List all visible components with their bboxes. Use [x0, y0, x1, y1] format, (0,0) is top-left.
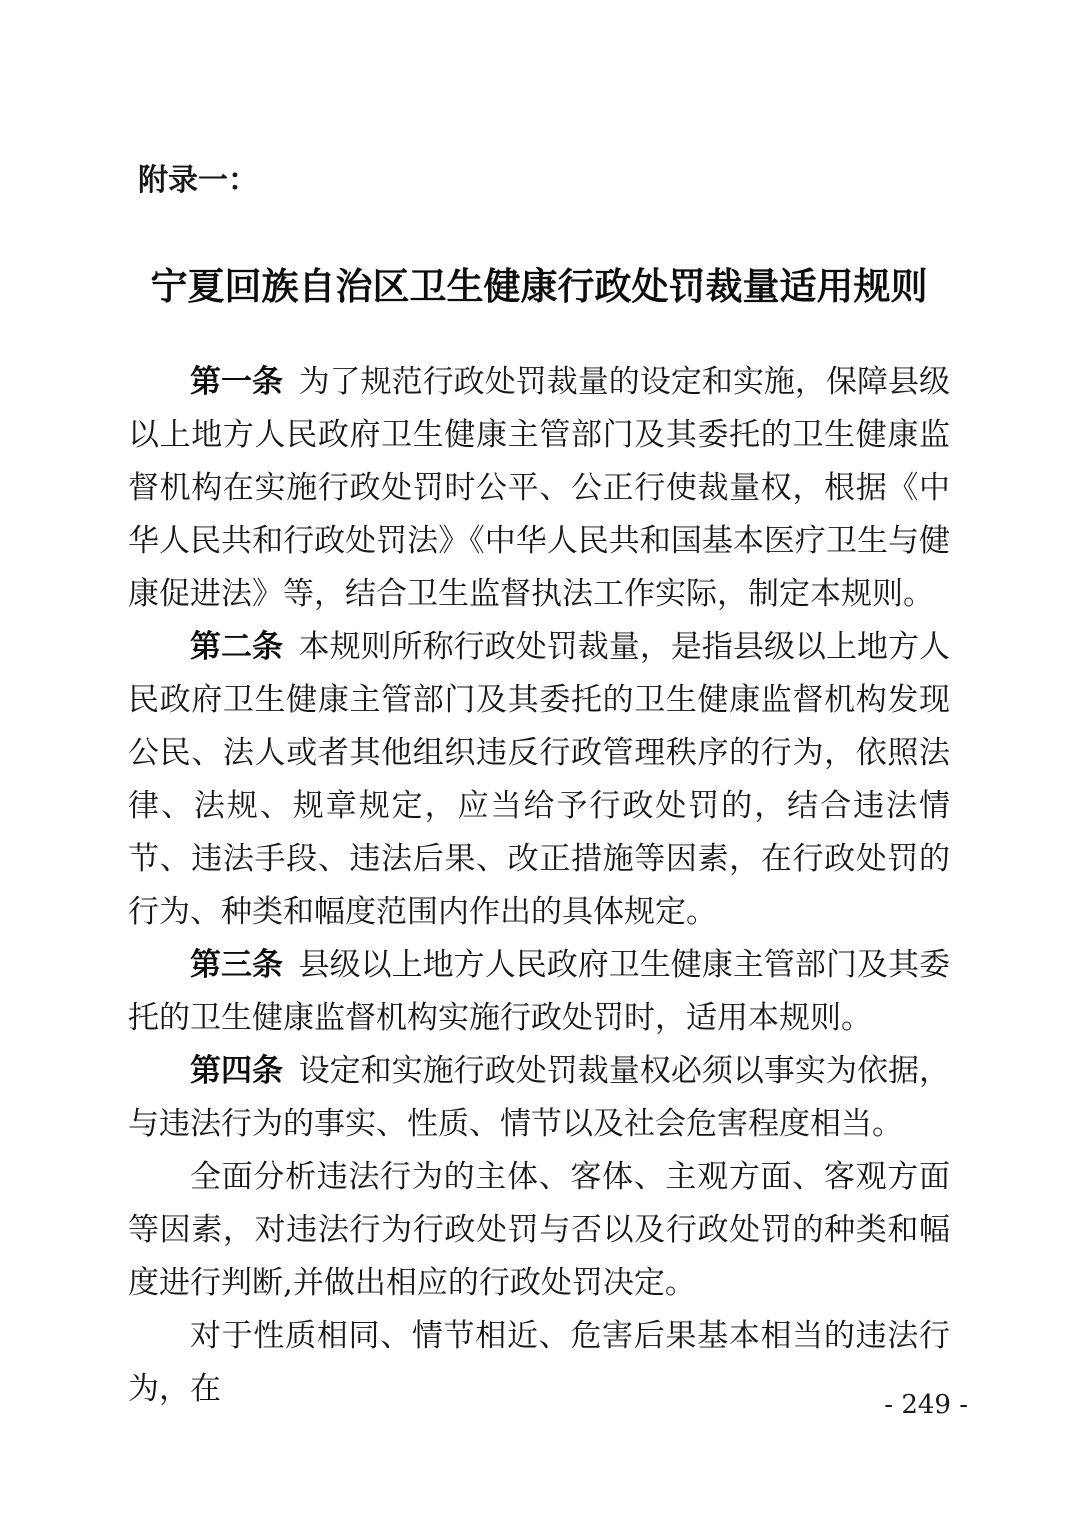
page-number: - 249 -: [884, 1390, 968, 1420]
appendix-label: 附录一：: [138, 162, 950, 200]
article-paragraph-3: 第三条县级以上地方人民政府卫生健康主管部门及其委托的卫生健康监督机构实施行政处罚…: [128, 939, 950, 1045]
page-title: 宁夏回族自治区卫生健康行政处罚裁量适用规则: [128, 262, 950, 310]
article-number: 第一条: [190, 364, 283, 400]
article-text: 本规则所称行政处罚裁量，是指县级以上地方人民政府卫生健康主管部门及其委托的卫生健…: [128, 629, 950, 930]
document-page: 附录一： 宁夏回族自治区卫生健康行政处罚裁量适用规则 第一条为了规范行政处罚裁量…: [0, 0, 1074, 1520]
continuation-paragraph-1: 全面分析违法行为的主体、客体、主观方面、客观方面等因素，对违法行为行政处罚与否以…: [128, 1151, 950, 1310]
article-text: 对于性质相同、情节相近、危害后果基本相当的违法行为，在: [128, 1318, 950, 1407]
article-number: 第二条: [190, 629, 283, 665]
article-number: 第三条: [190, 947, 283, 983]
article-text: 为了规范行政处罚裁量的设定和实施，保障县级以上地方人民政府卫生健康主管部门及其委…: [128, 364, 950, 612]
article-text: 全面分析违法行为的主体、客体、主观方面、客观方面等因素，对违法行为行政处罚与否以…: [128, 1159, 950, 1301]
article-paragraph-2: 第二条本规则所称行政处罚裁量，是指县级以上地方人民政府卫生健康主管部门及其委托的…: [128, 621, 950, 939]
article-paragraph-1: 第一条为了规范行政处罚裁量的设定和实施，保障县级以上地方人民政府卫生健康主管部门…: [128, 356, 950, 621]
document-body: 第一条为了规范行政处罚裁量的设定和实施，保障县级以上地方人民政府卫生健康主管部门…: [128, 356, 950, 1416]
article-paragraph-4: 第四条设定和实施行政处罚裁量权必须以事实为依据，与违法行为的事实、性质、情节以及…: [128, 1045, 950, 1151]
article-number: 第四条: [190, 1053, 283, 1089]
continuation-paragraph-2: 对于性质相同、情节相近、危害后果基本相当的违法行为，在: [128, 1310, 950, 1416]
